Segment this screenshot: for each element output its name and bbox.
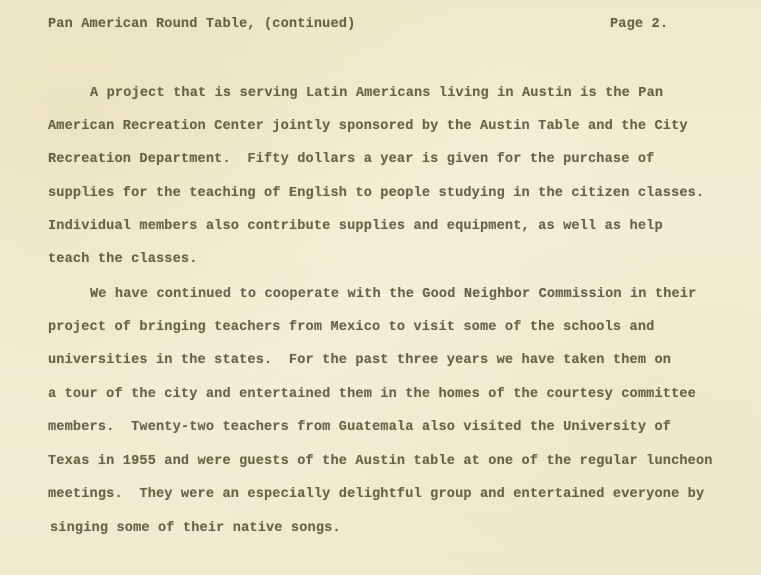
text-line: a tour of the city and entertained them … (48, 387, 696, 402)
text-line: singing some of their native songs. (50, 521, 341, 536)
text-line: Texas in 1955 and were guests of the Aus… (48, 454, 713, 469)
text-line: Recreation Department. Fifty dollars a y… (48, 152, 654, 167)
text-line: project of bringing teachers from Mexico… (48, 320, 654, 335)
text-line: A project that is serving Latin American… (90, 86, 663, 101)
text-line: supplies for the teaching of English to … (48, 186, 704, 201)
text-line: We have continued to cooperate with the … (90, 287, 696, 302)
text-line: Individual members also contribute suppl… (48, 219, 663, 234)
text-line: meetings. They were an especially deligh… (48, 487, 704, 502)
text-line: teach the classes. (48, 252, 198, 267)
text-line: members. Twenty-two teachers from Guatem… (48, 420, 671, 435)
page-number: Page 2. (610, 17, 668, 32)
running-header-title: Pan American Round Table, (continued) (48, 17, 355, 32)
text-line: American Recreation Center jointly spons… (48, 119, 688, 134)
text-line: universities in the states. For the past… (48, 353, 671, 368)
